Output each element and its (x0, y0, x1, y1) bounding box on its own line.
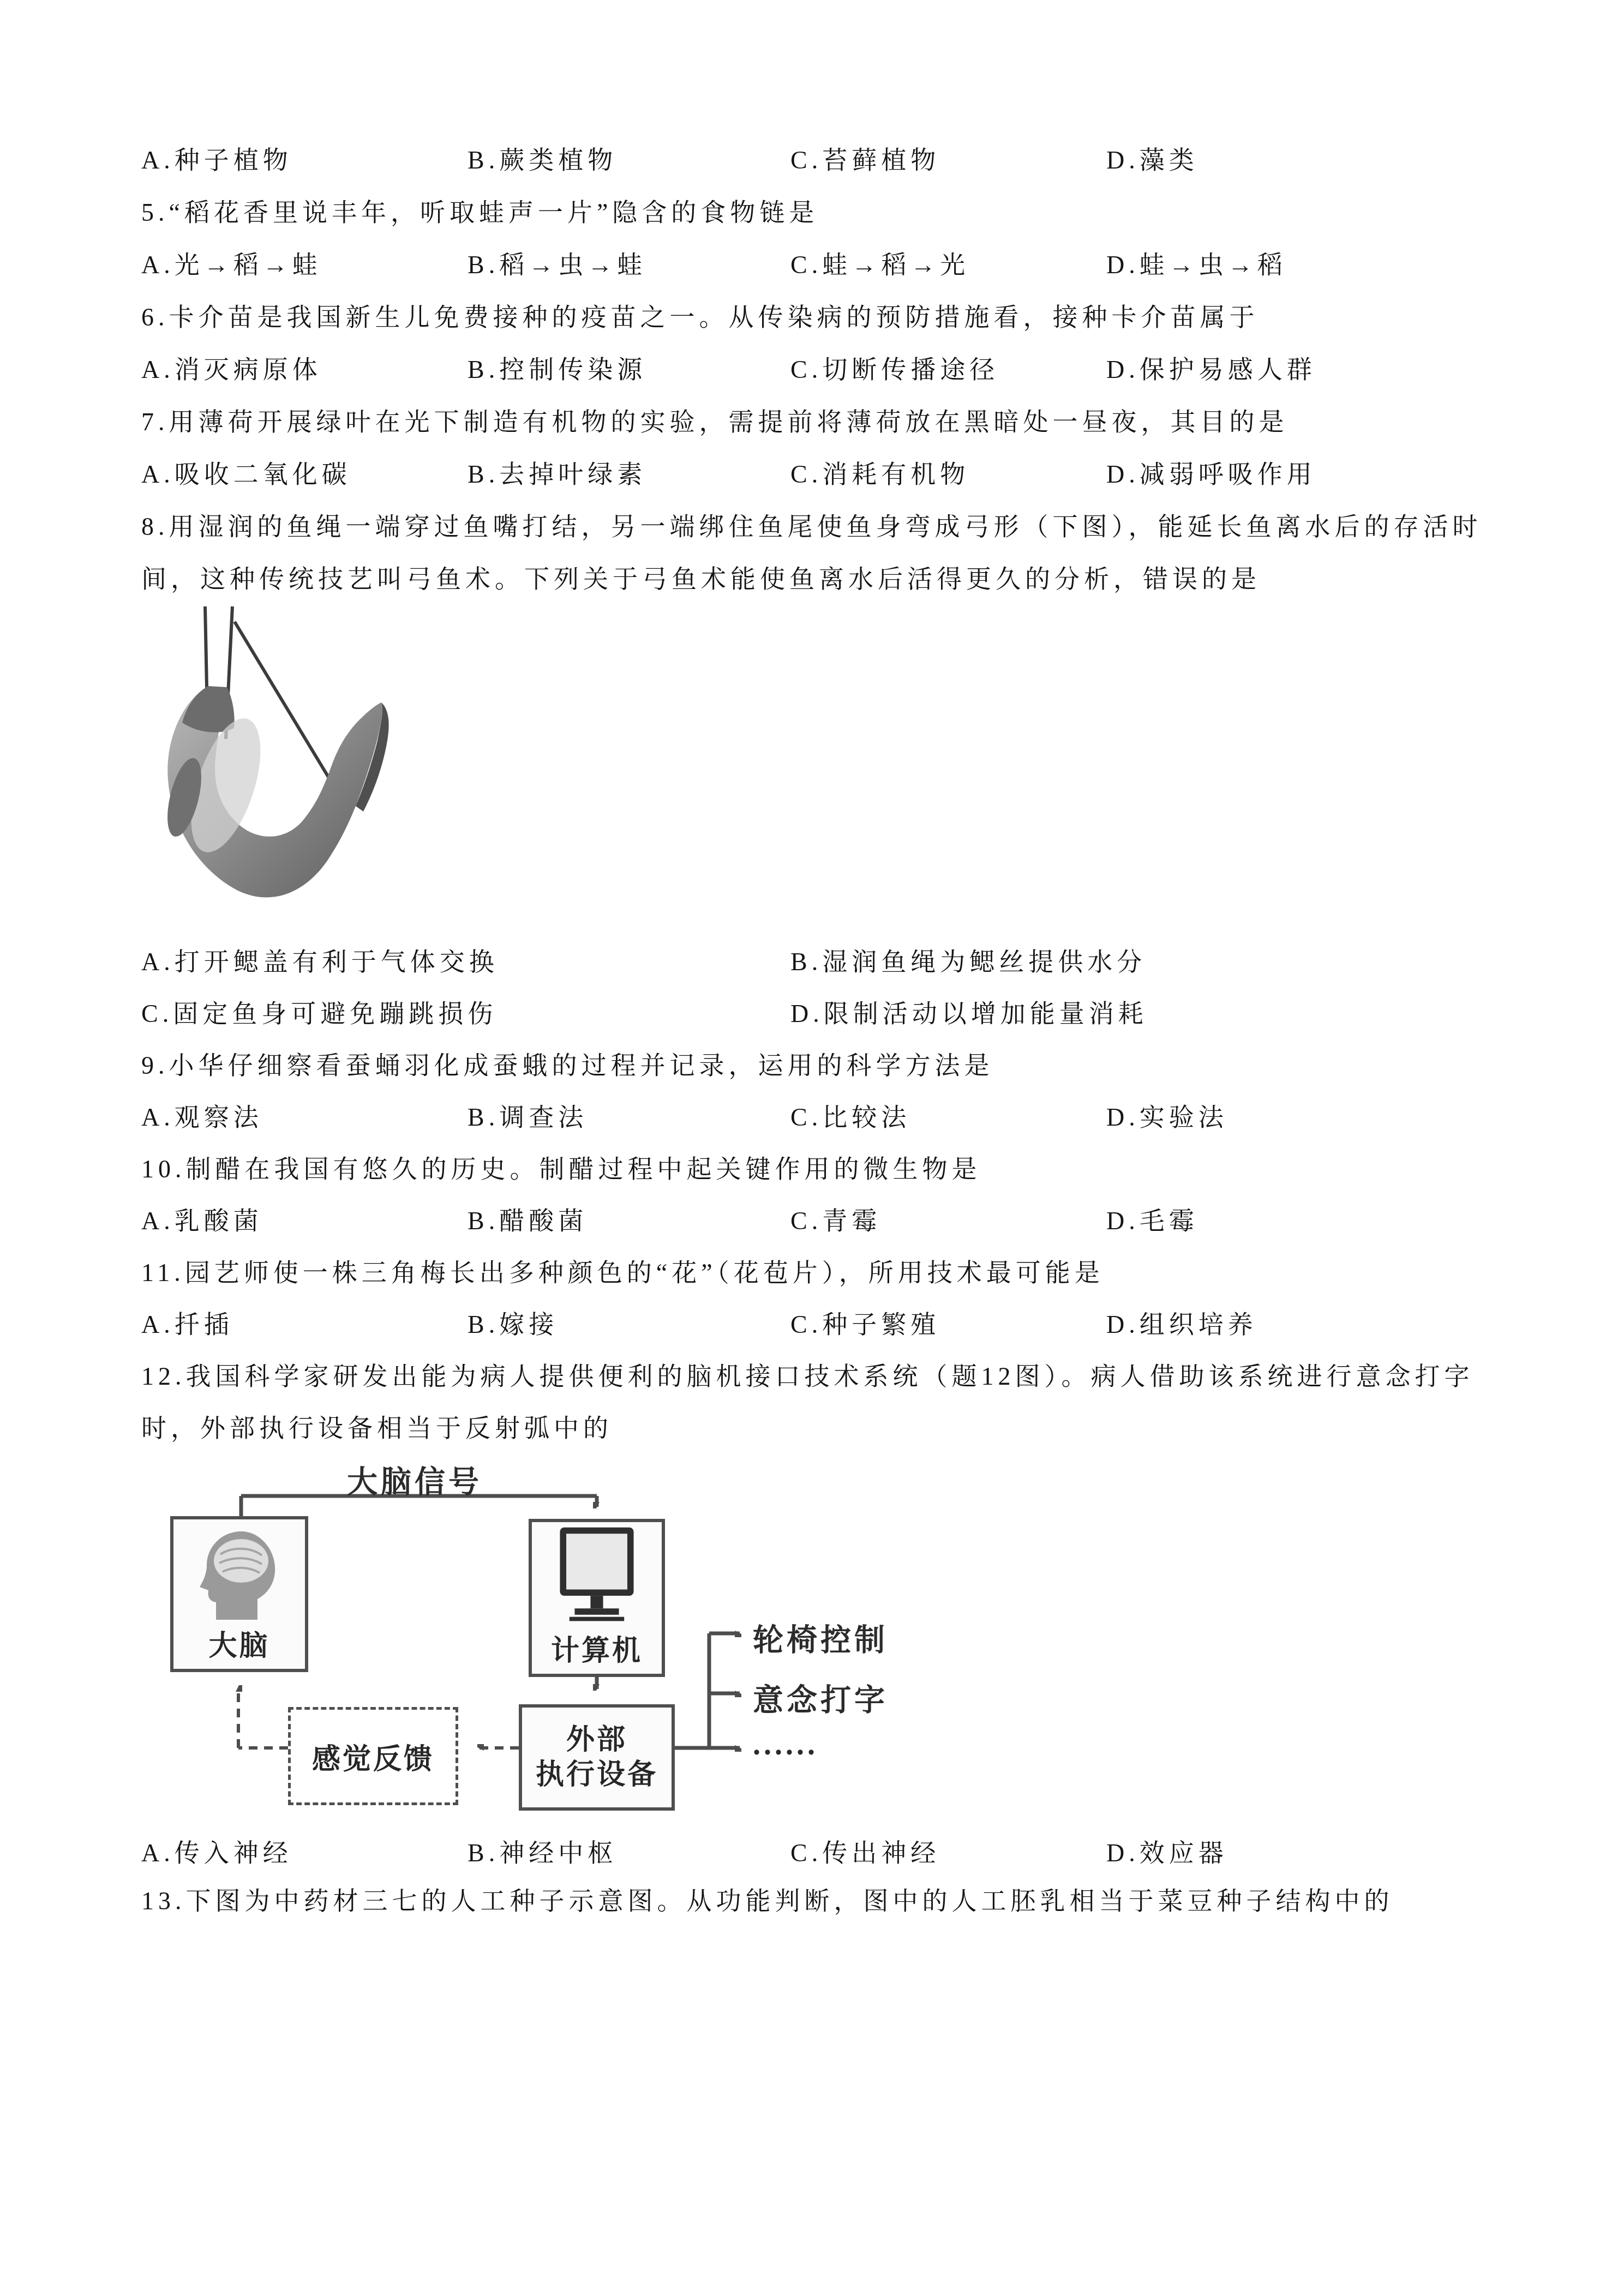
option-b: B.嫁接 (468, 1305, 558, 1341)
option-row-q4: A.种子植物 B.蕨类植物 C.苔藓植物 D.藻类 (0, 140, 1624, 178)
option-row-q10: A.乳酸菌 B.醋酸菌 C.青霉 D.毛霉 (0, 1201, 1624, 1239)
sensory-feedback-box: 感觉反馈 (288, 1707, 458, 1805)
brain-head-icon (193, 1527, 286, 1622)
option-b: B.蕨类植物 (468, 140, 617, 176)
option-row-q11: A.扦插 B.嫁接 C.种子繁殖 D.组织培养 (0, 1305, 1624, 1343)
brain-box: 大脑 (170, 1516, 308, 1672)
option-c: C.切断传播途径 (790, 350, 999, 386)
option-a: A.观察法 (141, 1097, 263, 1133)
option-b: B.调查法 (468, 1097, 588, 1133)
question-stem-q12-line1: 12.我国科学家研发出能为病人提供便利的脑机接口技术系统（题12图）。病人借助该… (0, 1356, 1624, 1395)
option-a: A.消灭病原体 (141, 350, 322, 386)
option-c: C.传出神经 (790, 1833, 940, 1869)
option-b: B.神经中枢 (468, 1833, 617, 1869)
option-row-q12: A.传入神经 B.神经中枢 C.传出神经 D.效应器 (0, 1833, 1624, 1871)
option-b: B.控制传染源 (468, 350, 646, 386)
question-stem-q5: 5.“稻花香里说丰年，听取蛙声一片”隐含的食物链是 (0, 193, 1624, 231)
option-d: D.限制活动以增加能量消耗 (790, 994, 1148, 1030)
option-c: C.固定鱼身可避免蹦跳损伤 (141, 994, 497, 1030)
option-row-q9: A.观察法 B.调查法 C.比较法 D.实验法 (0, 1097, 1624, 1135)
option-c: C.青霉 (790, 1201, 881, 1237)
option-c: C.消耗有机物 (790, 454, 969, 490)
option-a: A.吸收二氧化碳 (141, 454, 351, 490)
option-a: A.种子植物 (141, 140, 292, 176)
question-stem-q11: 11.园艺师使一株三角梅长出多种颜色的“花”（花苞片），所用技术最可能是 (0, 1253, 1624, 1291)
option-d: D.保护易感人群 (1106, 350, 1316, 386)
option-d: D.效应器 (1106, 1833, 1228, 1869)
fish-photo (144, 605, 393, 909)
computer-box: 计算机 (529, 1519, 665, 1677)
option-d: D.藻类 (1106, 140, 1198, 176)
question-stem-q8-line1: 8.用湿润的鱼绳一端穿过鱼嘴打结，另一端绑住鱼尾使鱼身弯成弓形（下图），能延长鱼… (0, 507, 1624, 545)
sensory-feedback-label: 感觉反馈 (312, 1736, 434, 1777)
question-stem-q12-line2: 时，外部执行设备相当于反射弧中的 (0, 1408, 1624, 1446)
computer-box-label: 计算机 (551, 1627, 643, 1668)
branch-wheelchair-control: 轮椅控制 (753, 1616, 888, 1660)
option-b: B.醋酸菌 (468, 1201, 588, 1237)
option-c: C.苔藓植物 (790, 140, 940, 176)
option-a: A.乳酸菌 (141, 1201, 263, 1237)
option-row-q8-cd: C.固定鱼身可避免蹦跳损伤 D.限制活动以增加能量消耗 (0, 994, 1624, 1032)
option-a: A.光→稻→蛙 (141, 245, 322, 281)
computer-monitor-icon (542, 1522, 651, 1627)
option-row-q5: A.光→稻→蛙 B.稻→虫→蛙 C.蛙→稻→光 D.蛙→虫→稻 (0, 245, 1624, 283)
external-device-box: 外部 执行设备 (519, 1704, 675, 1811)
exam-page: A.种子植物 B.蕨类植物 C.苔藓植物 D.藻类 5.“稻花香里说丰年，听取蛙… (0, 0, 1624, 2296)
option-d: D.毛霉 (1106, 1201, 1198, 1237)
branch-ellipsis: ...... (753, 1727, 818, 1762)
branch-mind-typing: 意念打字 (753, 1676, 888, 1720)
option-a: A.传入神经 (141, 1833, 292, 1869)
option-row-q7: A.吸收二氧化碳 B.去掉叶绿素 C.消耗有机物 D.减弱呼吸作用 (0, 454, 1624, 492)
option-d: D.组织培养 (1106, 1305, 1257, 1341)
option-a: A.打开鳃盖有利于气体交换 (141, 942, 499, 978)
external-device-label-line2: 执行设备 (536, 1758, 658, 1793)
question-stem-q9: 9.小华仔细察看蚕蛹羽化成蚕蛾的过程并记录，运用的科学方法是 (0, 1045, 1624, 1084)
option-b: B.湿润鱼绳为鳃丝提供水分 (790, 942, 1146, 978)
question-stem-q7: 7.用薄荷开展绿叶在光下制造有机物的实验，需提前将薄荷放在黑暗处一昼夜，其目的是 (0, 402, 1624, 440)
question-stem-q6: 6.卡介苗是我国新生儿免费接种的疫苗之一。从传染病的预防措施看，接种卡介苗属于 (0, 297, 1624, 335)
diagram-top-label: 大脑信号 (333, 1458, 496, 1501)
fish-head (182, 686, 235, 732)
question-stem-q13: 13.下图为中药材三七的人工种子示意图。从功能判断，图中的人工胚乳相当于菜豆种子… (0, 1881, 1624, 1919)
option-c: C.蛙→稻→光 (790, 245, 969, 281)
option-a: A.扦插 (141, 1305, 233, 1341)
option-row-q8-ab: A.打开鳃盖有利于气体交换 B.湿润鱼绳为鳃丝提供水分 (0, 942, 1624, 980)
option-c: C.种子繁殖 (790, 1305, 940, 1341)
external-device-label-line1: 外部 (566, 1723, 627, 1758)
option-b: B.稻→虫→蛙 (468, 245, 646, 281)
option-row-q6: A.消灭病原体 B.控制传染源 C.切断传播途径 D.保护易感人群 (0, 350, 1624, 388)
option-b: B.去掉叶绿素 (468, 454, 646, 490)
question-stem-q8-line2: 间，这种传统技艺叫弓鱼术。下列关于弓鱼术能使鱼离水后活得更久的分析，错误的是 (0, 559, 1624, 597)
option-c: C.比较法 (790, 1097, 910, 1133)
option-d: D.蛙→虫→稻 (1106, 245, 1287, 281)
bci-diagram: 大脑信号 大脑 计算机 外部 执行设备 (158, 1448, 976, 1830)
question-stem-q10: 10.制醋在我国有悠久的历史。制醋过程中起关键作用的微生物是 (0, 1149, 1624, 1187)
option-d: D.减弱呼吸作用 (1106, 454, 1316, 490)
brain-box-label: 大脑 (208, 1622, 269, 1663)
option-d: D.实验法 (1106, 1097, 1228, 1133)
